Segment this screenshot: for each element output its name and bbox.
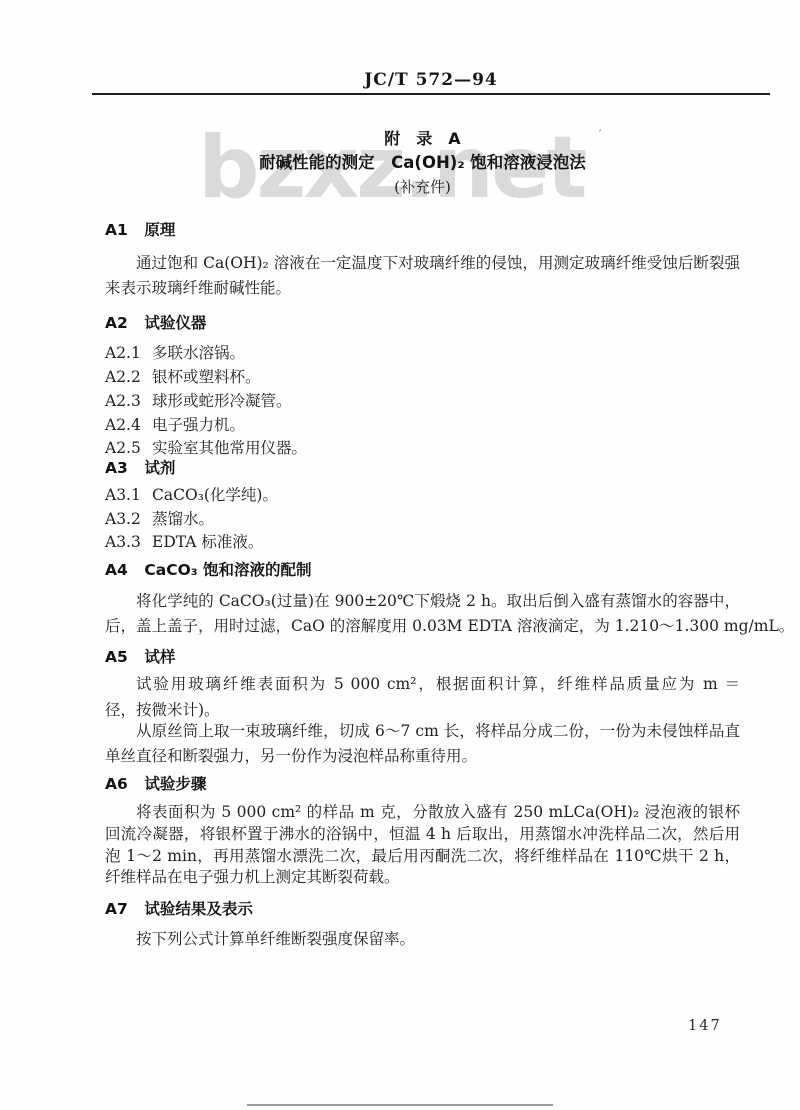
paragraph-line: 径，按微米计)。	[105, 699, 740, 721]
list-item: A3.2 蒸馏水。	[105, 508, 740, 530]
appendix-title: 耐碱性能的测定 Ca(OH)₂ 饱和溶液浸泡法	[105, 149, 740, 173]
section-id: A7	[105, 900, 137, 918]
section-title: 试剂	[144, 456, 175, 478]
item-number: A3.1	[105, 484, 152, 506]
item-text: 球形或蛇形冷凝管。	[152, 390, 740, 412]
item-text: CaCO₃(化学纯)。	[152, 484, 740, 506]
section-heading-a2: A2 试验仪器	[105, 311, 740, 333]
paragraph-line: 来表示玻璃纤维耐碱性能。	[105, 277, 740, 299]
paragraph-line: 单丝直径和断裂强力，另一份作为浸泡样品称重待用。	[105, 745, 740, 767]
paragraph-line: 纤维样品在电子强力机上测定其断裂荷载。	[105, 866, 740, 888]
section-title: 试验仪器	[144, 311, 206, 333]
paragraph-line: 将表面积为 5 000 cm² 的样品 m 克，分散放入盛有 250 mLCa(…	[105, 801, 740, 823]
item-number: A2.1	[105, 342, 152, 364]
item-text: 蒸馏水。	[152, 508, 740, 530]
section-title: 原理	[144, 218, 175, 240]
section-heading-a4: A4 CaCO₃ 饱和溶液的配制	[105, 558, 740, 580]
paragraph-line: 通过饱和 Ca(OH)₂ 溶液在一定温度下对玻璃纤维的侵蚀，用测定玻璃纤维受蚀后…	[105, 252, 740, 274]
section-id: A2	[105, 314, 137, 332]
paragraph-line: 从原丝筒上取一束玻璃纤维，切成 6～7 cm 长，将样品分成二份，一份为未侵蚀样…	[105, 720, 740, 742]
paragraph-line: 后，盖上盖子，用时过滤，CaO 的溶解度用 0.03M EDTA 溶液滴定，为 …	[105, 615, 740, 637]
page-number: 147	[688, 1018, 722, 1034]
item-text: 电子强力机。	[152, 414, 740, 436]
header-rule	[92, 93, 770, 95]
list-item: A2.2 银杯或塑料杯。	[105, 366, 740, 388]
section-title: CaCO₃ 饱和溶液的配制	[144, 558, 311, 580]
list-item: A2.4 电子强力机。	[105, 414, 740, 436]
paragraph-line: 按下列公式计算单纤维断裂强度保留率。	[105, 928, 740, 950]
appendix-subtitle: (补充件)	[105, 176, 740, 197]
paragraph-line: 泡 1～2 min，再用蒸馏水漂洗二次，最后用丙酮洗二次，将纤维样品在 110℃…	[105, 845, 740, 867]
paragraph-line: 回流冷凝器，将银杯置于沸水的浴锅中，恒温 4 h 后取出，用蒸馏水冲洗样品二次，…	[105, 823, 740, 845]
item-number: A3.3	[105, 531, 152, 553]
paragraph-line: 将化学纯的 CaCO₃(过量)在 900±20℃下煅烧 2 h。取出后倒入盛有蒸…	[105, 590, 740, 612]
list-item: A3.1 CaCO₃(化学纯)。	[105, 484, 740, 506]
item-text: 多联水溶锅。	[152, 342, 740, 364]
item-text: EDTA 标准液。	[152, 531, 740, 553]
section-heading-a3: A3 试剂	[105, 456, 740, 478]
section-heading-a5: A5 试样	[105, 645, 740, 667]
list-item: A2.1 多联水溶锅。	[105, 342, 740, 364]
section-title: 试样	[144, 645, 175, 667]
item-number: A3.2	[105, 508, 152, 530]
item-number: A2.4	[105, 414, 152, 436]
section-id: A5	[105, 648, 137, 666]
section-id: A4	[105, 561, 137, 579]
section-id: A6	[105, 775, 137, 793]
section-title: 试验步骤	[144, 772, 206, 794]
appendix-label: 附 录 A	[105, 126, 740, 149]
item-number: A2.2	[105, 366, 152, 388]
paragraph-line: 试验用玻璃纤维表面积为 5 000 cm²，根据面积计算，纤维样品质量应为 m …	[105, 673, 740, 695]
list-item: A2.3 球形或蛇形冷凝管。	[105, 390, 740, 412]
footer-rule	[247, 1104, 553, 1106]
item-number: A2.3	[105, 390, 152, 412]
scanned-standard-page: bzxz.net ’ JC/T 572—94 附 录 A 耐碱性能的测定 Ca(…	[0, 0, 800, 1110]
section-id: A3	[105, 459, 137, 477]
section-heading-a7: A7 试验结果及表示	[105, 897, 740, 919]
item-text: 银杯或塑料杯。	[152, 366, 740, 388]
section-heading-a6: A6 试验步骤	[105, 772, 740, 794]
list-item: A3.3 EDTA 标准液。	[105, 531, 740, 553]
section-id: A1	[105, 221, 137, 239]
section-heading-a1: A1 原理	[105, 218, 740, 240]
document-code: JC/T 572—94	[92, 70, 770, 90]
section-title: 试验结果及表示	[144, 897, 253, 919]
